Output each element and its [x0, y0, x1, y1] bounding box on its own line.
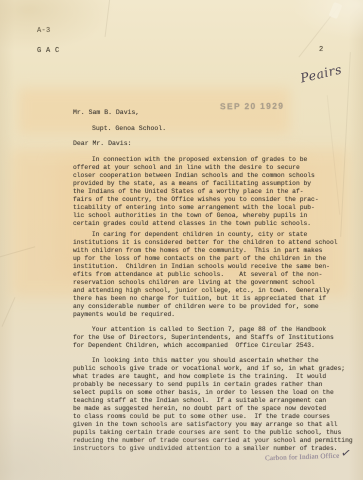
paper-crease	[340, 52, 351, 237]
paper-flaw	[329, 2, 343, 19]
scanned-letter-page: A-3 G A C 2 Peairs SEP 20 1929 Mr. Sam B…	[0, 0, 363, 480]
letter-paragraph-2: In caring for dependent children in coun…	[73, 231, 338, 319]
page-number: 2	[319, 46, 324, 54]
salutation: Dear Mr. Davis:	[73, 140, 132, 147]
handwritten-checkmark: ✓	[340, 445, 352, 461]
paper-crease	[0, 246, 35, 259]
paper-crease	[327, 95, 341, 214]
letter-paragraph-4: In looking into this matter you should a…	[73, 357, 353, 453]
paper-crease	[105, 0, 111, 37]
recipient-title: Supt. Genoa School.	[92, 125, 166, 132]
typist-initials: G A C	[37, 47, 60, 55]
received-date-stamp: SEP 20 1929	[220, 101, 284, 112]
file-code: A-3	[37, 27, 51, 35]
letter-paragraph-3: Your attention is called to Section 7, p…	[73, 326, 334, 350]
letter-paragraph-1: In connection with the proposed extensio…	[73, 156, 319, 228]
paper-crease	[2, 297, 16, 327]
carbon-copy-stamp: Carbon for Indian Office	[265, 452, 340, 463]
recipient-name: Mr. Sam B. Davis,	[73, 109, 139, 116]
handwritten-name-annotation: Peairs	[299, 61, 343, 85]
